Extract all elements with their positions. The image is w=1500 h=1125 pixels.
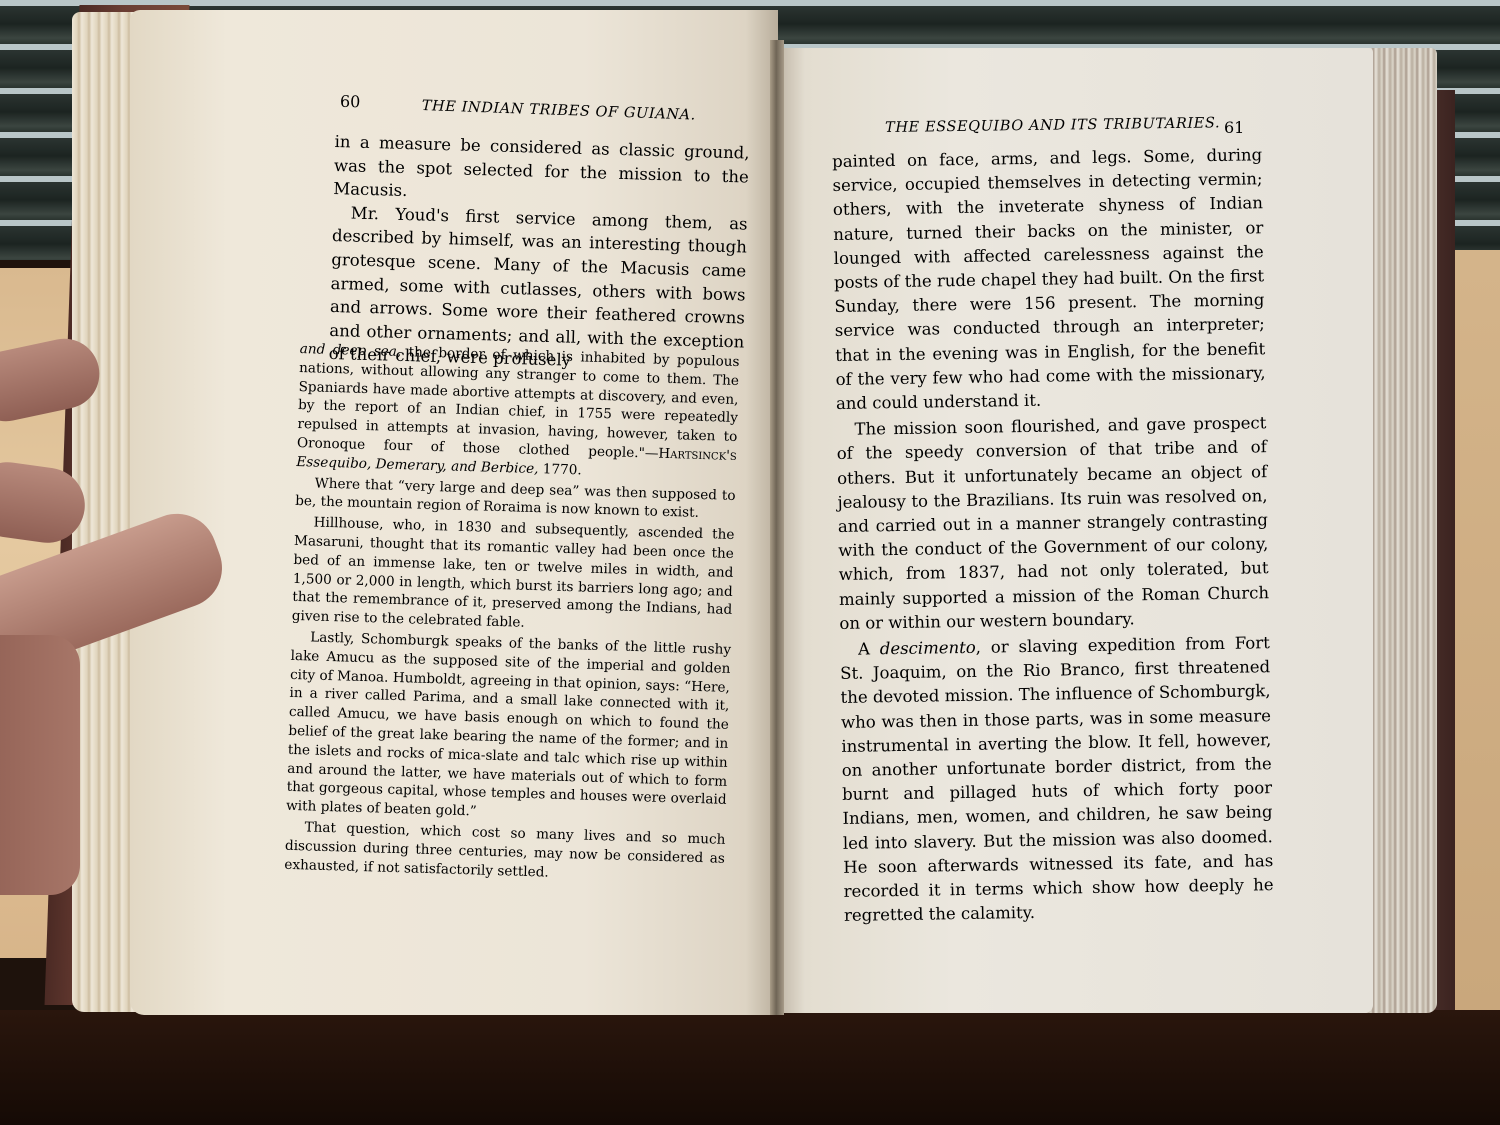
- paragraph-text: , or slaving expedition from Fort St. Jo…: [840, 633, 1274, 925]
- footnote-year: 1770.: [538, 461, 582, 478]
- footnote-text: the border of which is inhabited by popu…: [297, 344, 740, 462]
- left-body-text: in a measure be considered as classic gr…: [328, 130, 749, 377]
- paragraph-lead: A: [858, 639, 880, 658]
- right-page-number: 61: [1224, 118, 1244, 137]
- page-edges-right: [1365, 48, 1437, 1013]
- paragraph: in a measure be considered as classic gr…: [333, 130, 750, 212]
- left-page-number: 60: [340, 92, 361, 112]
- table-shadow: [0, 1010, 1500, 1125]
- desk-surface-right: [1450, 250, 1500, 1010]
- footnote-work: Essequibo, Demerary, and Berbice,: [296, 454, 539, 477]
- italic-term: descimento: [880, 638, 976, 659]
- footnote: and deep sea, the border of which is inh…: [296, 340, 740, 485]
- paragraph: A descimento, or slaving expedition from…: [840, 631, 1275, 928]
- paragraph: painted on face, arms, and legs. Some, d…: [832, 143, 1266, 416]
- right-body-text: painted on face, arms, and legs. Some, d…: [832, 143, 1274, 930]
- footnote-author: Hartsinck's: [658, 446, 737, 464]
- left-footnotes: and deep sea, the border of which is inh…: [284, 340, 740, 889]
- footnote: Lastly, Schomburgk speaks of the banks o…: [286, 628, 731, 829]
- paragraph: The mission soon flourished, and gave pr…: [836, 411, 1269, 636]
- footnote: That question, which cost so many lives …: [284, 818, 725, 887]
- footnote-italic: and deep sea,: [299, 341, 401, 360]
- footnote: Hillhouse, who, in 1830 and subsequently…: [292, 513, 735, 639]
- book-gutter: [770, 40, 784, 1015]
